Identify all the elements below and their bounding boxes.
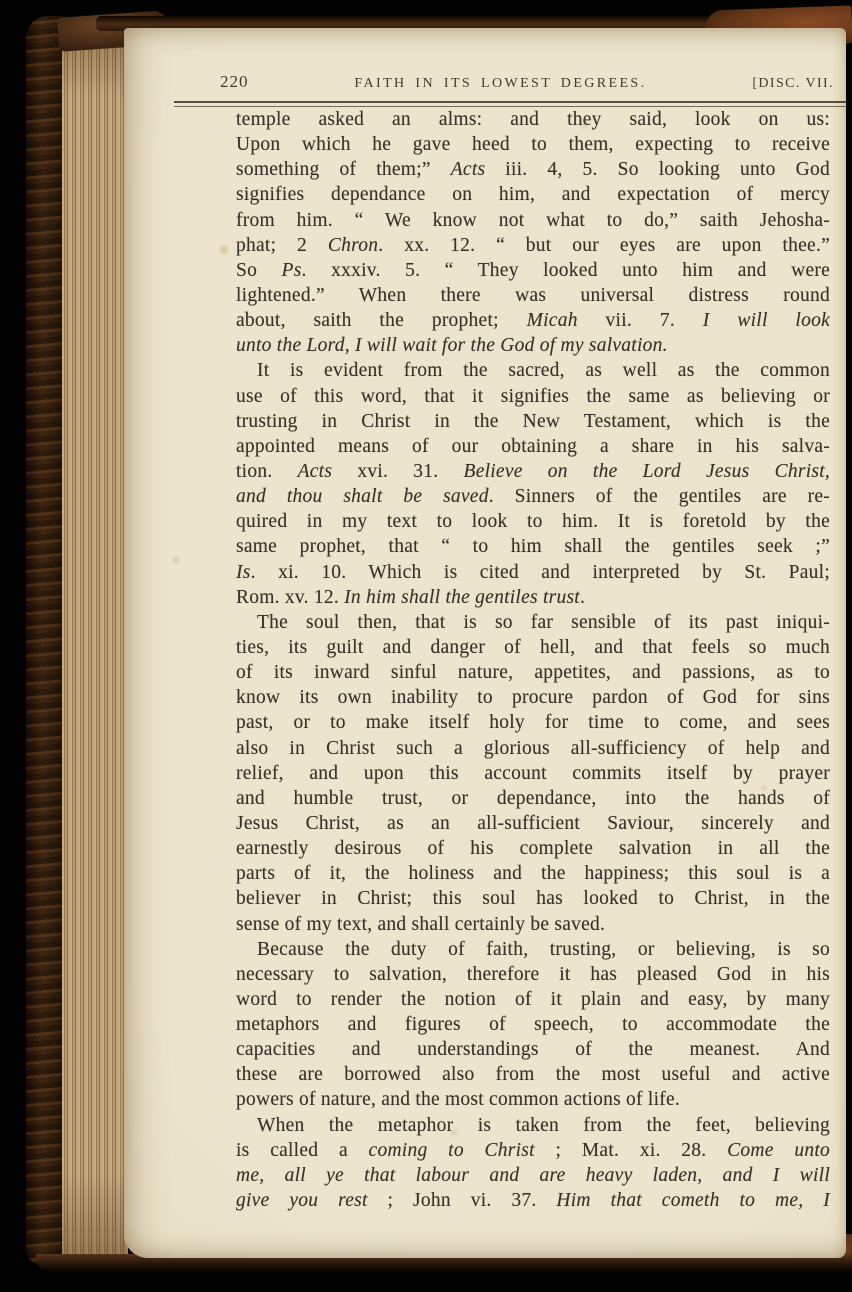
text-line: me, all ye that labour and are heavy lad… <box>236 1163 830 1188</box>
text-line: necessary to salvation, therefore it has… <box>236 962 830 987</box>
page-header: 220 FAITH IN ITS LOWEST DEGREES. [DISC. … <box>220 72 834 92</box>
text-segment: . xxxiv. 5. “ They looked unto him and w… <box>302 260 830 281</box>
text-segment: tion. <box>236 461 298 482</box>
text-segment: something of them;” <box>236 159 451 180</box>
text-segment: about, saith the prophet; <box>236 310 527 331</box>
text-line: quired in my text to look to him. It is … <box>236 509 830 534</box>
text-line: from him. “ We know not what to do,” sai… <box>236 208 830 233</box>
text-line: something of them;” Acts iii. 4, 5. So l… <box>236 157 830 182</box>
fanned-page-edges <box>62 26 128 1270</box>
text-line: The soul then, that is so far sensible o… <box>236 610 830 635</box>
text-segment: . xx. 12. “ but our eyes are upon thee.” <box>378 235 830 256</box>
text-segment: is called a <box>236 1140 369 1161</box>
text-segment: Upon which he gave heed to them, expecti… <box>236 134 830 155</box>
text-segment: signifies dependance on him, and expecta… <box>236 184 830 205</box>
text-segment: xvi. 31. <box>332 461 463 482</box>
text-segment: sense of my text, and shall certainly be… <box>236 914 605 935</box>
page-number: 220 <box>220 72 249 92</box>
text-segment: and humble trust, or dependance, into th… <box>236 788 830 809</box>
text-segment-italic: and thou shalt be saved <box>236 486 489 507</box>
text-line: capacities and understandings of the mea… <box>236 1037 830 1062</box>
text-line: believer in Christ; this soul has looked… <box>236 886 830 911</box>
text-segment: same prophet, that “ to him shall the ge… <box>236 536 830 557</box>
text-segment: Jesus Christ, as an all-sufficient Savio… <box>236 813 830 834</box>
text-segment: ; John vi. 37. <box>368 1190 557 1211</box>
text-line: word to render the notion of it plain an… <box>236 987 830 1012</box>
text-segment: temple asked an alms: and they said, loo… <box>236 109 830 130</box>
text-segment-italic: Micah <box>527 310 578 331</box>
text-line: powers of nature, and the most common ac… <box>236 1087 830 1112</box>
text-segment-italic: Believe on the Lord Jesus Christ, <box>464 461 830 482</box>
text-line: So Ps. xxxiv. 5. “ They looked unto him … <box>236 258 830 283</box>
text-line: of its inward sinful nature, appetites, … <box>236 660 830 685</box>
text-segment-italic: Come unto <box>727 1140 830 1161</box>
text-segment: ties, its guilt and danger of hell, and … <box>236 637 830 658</box>
text-line: tion. Acts xvi. 31. Believe on the Lord … <box>236 459 830 484</box>
text-line: Upon which he gave heed to them, expecti… <box>236 132 830 157</box>
text-line: phat; 2 Chron. xx. 12. “ but our eyes ar… <box>236 233 830 258</box>
text-line: temple asked an alms: and they said, loo… <box>236 107 830 132</box>
text-segment: Because the duty of faith, trusting, or … <box>257 939 830 960</box>
text-segment: metaphors and figures of speech, to acco… <box>236 1014 830 1035</box>
text-line: trusting in Christ in the New Testament,… <box>236 409 830 434</box>
text-line: appointed means of our obtaining a share… <box>236 434 830 459</box>
text-paragraph: The soul then, that is so far sensible o… <box>236 610 830 937</box>
text-line: When the metaphor is taken from the feet… <box>236 1113 830 1138</box>
text-segment: these are borrowed also from the most us… <box>236 1064 830 1085</box>
text-segment: The soul then, that is so far sensible o… <box>257 612 830 633</box>
text-line: Because the duty of faith, trusting, or … <box>236 937 830 962</box>
text-segment: . Sinners of the gentiles are re- <box>489 486 830 507</box>
text-segment-italic: Is <box>236 562 251 583</box>
discourse-label: [DISC. VII. <box>752 76 834 92</box>
text-segment: earnestly desirous of his complete salva… <box>236 838 830 859</box>
text-segment: past, or to make itself holy for time to… <box>236 712 830 733</box>
text-segment-italic: Chron <box>328 235 378 256</box>
text-line: use of this word, that it signifies the … <box>236 384 830 409</box>
text-segment-italic: unto the Lord, I will wait for the God o… <box>236 335 668 356</box>
text-segment-italic: Acts <box>298 461 333 482</box>
text-segment: trusting in Christ in the New Testament,… <box>236 411 830 432</box>
text-segment: believer in Christ; this soul has looked… <box>236 888 830 909</box>
text-line: relief, and upon this account commits it… <box>236 761 830 786</box>
text-segment-italic: coming to Christ <box>369 1140 535 1161</box>
text-line: about, saith the prophet; Micah vii. 7. … <box>236 308 830 333</box>
text-line: unto the Lord, I will wait for the God o… <box>236 333 830 358</box>
text-paragraph: temple asked an alms: and they said, loo… <box>236 107 830 358</box>
text-segment: So <box>236 260 282 281</box>
text-segment-italic: Him that cometh to me, I <box>556 1190 830 1211</box>
text-segment: necessary to salvation, therefore it has… <box>236 964 830 985</box>
text-line: and humble trust, or dependance, into th… <box>236 786 830 811</box>
text-line: Is. xi. 10. Which is cited and interpret… <box>236 560 830 585</box>
book-page: 220 FAITH IN ITS LOWEST DEGREES. [DISC. … <box>124 28 846 1258</box>
text-segment: parts of it, the holiness and the happin… <box>236 863 830 884</box>
text-line: parts of it, the holiness and the happin… <box>236 861 830 886</box>
text-segment: use of this word, that it signifies the … <box>236 386 830 407</box>
text-line: ties, its guilt and danger of hell, and … <box>236 635 830 660</box>
text-segment-italic: me, all ye that labour and are heavy lad… <box>236 1165 830 1186</box>
text-segment: also in Christ such a glorious all-suffi… <box>236 738 830 759</box>
text-segment: ; Mat. xi. 28. <box>535 1140 727 1161</box>
text-line: sense of my text, and shall certainly be… <box>236 912 830 937</box>
text-line: lightened.” When there was universal dis… <box>236 283 830 308</box>
text-segment: know its own inability to procure pardon… <box>236 687 830 708</box>
text-segment: . xi. 10. Which is cited and interpreted… <box>251 562 830 583</box>
text-line: and thou shalt be saved. Sinners of the … <box>236 484 830 509</box>
text-segment: . <box>580 587 585 608</box>
book-photo: 220 FAITH IN ITS LOWEST DEGREES. [DISC. … <box>0 0 852 1292</box>
text-segment-italic: give you rest <box>236 1190 368 1211</box>
text-line: give you rest ; John vi. 37. Him that co… <box>236 1188 830 1213</box>
text-line: signifies dependance on him, and expecta… <box>236 182 830 207</box>
text-paragraph: It is evident from the sacred, as well a… <box>236 358 830 609</box>
text-line: earnestly desirous of his complete salva… <box>236 836 830 861</box>
text-line: Rom. xv. 12. In him shall the gentiles t… <box>236 585 830 610</box>
text-segment: capacities and understandings of the mea… <box>236 1039 830 1060</box>
text-line: Jesus Christ, as an all-sufficient Savio… <box>236 811 830 836</box>
text-segment: phat; 2 <box>236 235 328 256</box>
text-segment: powers of nature, and the most common ac… <box>236 1089 680 1110</box>
text-segment-italic: Ps <box>282 260 302 281</box>
text-segment: lightened.” When there was universal dis… <box>236 285 830 306</box>
text-line: these are borrowed also from the most us… <box>236 1062 830 1087</box>
running-title: FAITH IN ITS LOWEST DEGREES. <box>249 76 753 92</box>
text-paragraph: When the metaphor is taken from the feet… <box>236 1113 830 1214</box>
text-segment: relief, and upon this account commits it… <box>236 763 830 784</box>
text-segment: It is evident from the sacred, as well a… <box>257 360 830 381</box>
text-segment: of its inward sinful nature, appetites, … <box>236 662 830 683</box>
text-segment-italic: Acts <box>451 159 486 180</box>
text-segment: word to render the notion of it plain an… <box>236 989 830 1010</box>
text-line: is called a coming to Christ ; Mat. xi. … <box>236 1138 830 1163</box>
text-segment: iii. 4, 5. So looking unto God <box>485 159 830 180</box>
text-paragraph: Because the duty of faith, trusting, or … <box>236 937 830 1113</box>
text-line: also in Christ such a glorious all-suffi… <box>236 736 830 761</box>
text-segment: Rom. xv. 12. <box>236 587 344 608</box>
text-segment-italic: In him shall the gentiles trust <box>344 587 580 608</box>
text-line: metaphors and figures of speech, to acco… <box>236 1012 830 1037</box>
text-line: know its own inability to procure pardon… <box>236 685 830 710</box>
book-spine-leather <box>26 16 66 1264</box>
text-segment-italic: I will look <box>703 310 830 331</box>
text-segment: quired in my text to look to him. It is … <box>236 511 830 532</box>
text-line: past, or to make itself holy for time to… <box>236 710 830 735</box>
text-segment: from him. “ We know not what to do,” sai… <box>236 210 830 231</box>
body-text: temple asked an alms: and they said, loo… <box>236 107 830 1213</box>
text-segment: When the metaphor is taken from the feet… <box>257 1115 830 1136</box>
text-segment: vii. 7. <box>578 310 703 331</box>
text-segment: appointed means of our obtaining a share… <box>236 436 830 457</box>
text-line: same prophet, that “ to him shall the ge… <box>236 534 830 559</box>
text-line: It is evident from the sacred, as well a… <box>236 358 830 383</box>
